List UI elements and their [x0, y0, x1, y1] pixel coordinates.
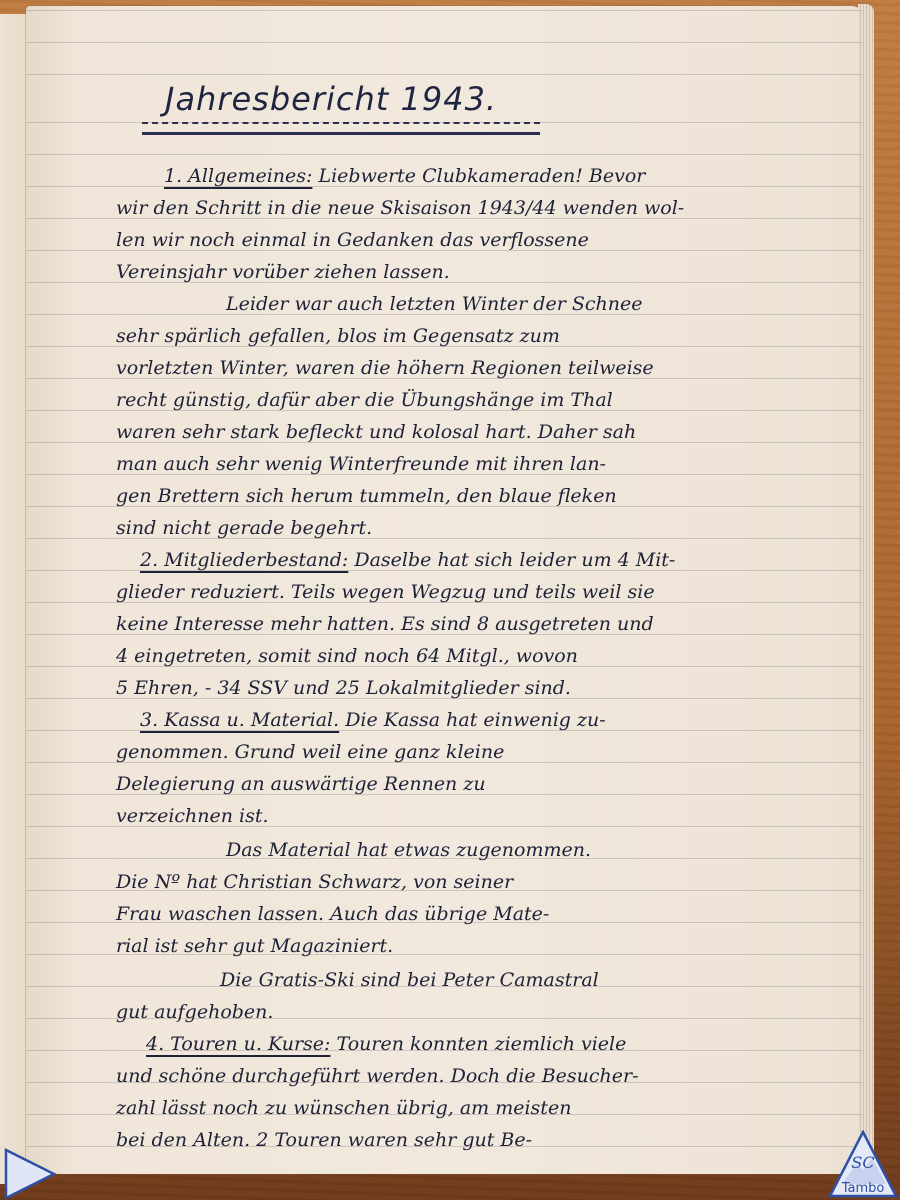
logo-text: Tambo: [841, 1181, 885, 1196]
text-line: Vereinsjahr vorüber ziehen lassen.: [116, 256, 450, 288]
section-3-heading: 3. Kassa u. Material.: [140, 709, 339, 731]
text-line: keine Interesse mehr hatten. Es sind 8 a…: [116, 608, 654, 640]
text-line: Die Kassa hat einwenig zu-: [345, 709, 605, 731]
page-stack-edge: [858, 4, 874, 1174]
text-line: Die Gratis-Ski sind bei Peter Camastral: [220, 964, 599, 996]
text-line: Das Material hat etwas zugenommen.: [226, 834, 591, 866]
text-line: Liebwerte Clubkameraden! Bevor: [318, 165, 645, 187]
text-line: sehr spärlich gefallen, blos im Gegensat…: [116, 320, 560, 352]
section-4-first-line: 4. Touren u. Kurse: Touren konnten zieml…: [146, 1028, 626, 1060]
text-line: sind nicht gerade begehrt.: [116, 512, 372, 544]
section-1-heading: 1. Allgemeines:: [164, 165, 312, 187]
title-double-underline: [142, 122, 540, 135]
tambo-triangle-icon: Tambo: [2, 1146, 58, 1200]
section-1-first-line: 1. Allgemeines: Liebwerte Clubkameraden!…: [164, 160, 645, 192]
section-3-first-line: 3. Kassa u. Material. Die Kassa hat einw…: [140, 704, 606, 736]
text-line: 4 eingetreten, somit sind noch 64 Mitgl.…: [116, 640, 578, 672]
text-line: len wir noch einmal in Gedanken das verf…: [116, 224, 589, 256]
left-facing-page: [0, 14, 29, 1184]
tambo-logo-left: Tambo: [2, 1146, 62, 1200]
text-line: und schöne durchgeführt werden. Doch die…: [116, 1060, 639, 1092]
text-line: Touren konnten ziemlich viele: [337, 1033, 627, 1055]
section-2-first-line: 2. Mitgliederbestand: Daselbe hat sich l…: [140, 544, 675, 576]
text-line: wir den Schritt in die neue Skisaison 19…: [116, 192, 684, 224]
text-line: recht günstig, dafür aber die Übungshäng…: [116, 384, 613, 416]
logo-initials: SC: [851, 1153, 874, 1172]
section-4-heading: 4. Touren u. Kurse:: [146, 1033, 330, 1055]
text-line: gen Brettern sich herum tummeln, den bla…: [116, 480, 617, 512]
text-line: waren sehr stark befleckt und kolosal ha…: [116, 416, 636, 448]
text-line: Delegierung an auswärtige Rennen zu: [116, 768, 486, 800]
text-line: rial ist sehr gut Magaziniert.: [116, 930, 393, 962]
text-line: Daselbe hat sich leider um 4 Mit-: [354, 549, 675, 571]
text-line: Leider war auch letzten Winter der Schne…: [226, 288, 642, 320]
text-line: gut aufgehoben.: [116, 996, 273, 1028]
tambo-logo-right: SC Tambo: [828, 1130, 898, 1198]
text-line: glieder reduziert. Teils wegen Wegzug un…: [116, 576, 655, 608]
page-title: Jahresbericht 1943.: [165, 80, 497, 118]
text-line: Frau waschen lassen. Auch das übrige Mat…: [116, 898, 549, 930]
text-line: bei den Alten. 2 Touren waren sehr gut B…: [116, 1124, 532, 1156]
text-line: zahl lässt noch zu wünschen übrig, am me…: [116, 1092, 571, 1124]
text-line: Die Nº hat Christian Schwarz, von seiner: [116, 866, 513, 898]
text-line: verzeichnen ist.: [116, 800, 269, 832]
text-line: 5 Ehren, - 34 SSV und 25 Lokalmitglieder…: [116, 672, 571, 704]
tambo-triangle-icon: SC Tambo: [828, 1130, 898, 1198]
section-2-heading: 2. Mitgliederbestand:: [140, 549, 348, 571]
text-line: genommen. Grund weil eine ganz kleine: [116, 736, 504, 768]
text-line: man auch sehr wenig Winterfreunde mit ih…: [116, 448, 606, 480]
text-line: vorletzten Winter, waren die höhern Regi…: [116, 352, 654, 384]
